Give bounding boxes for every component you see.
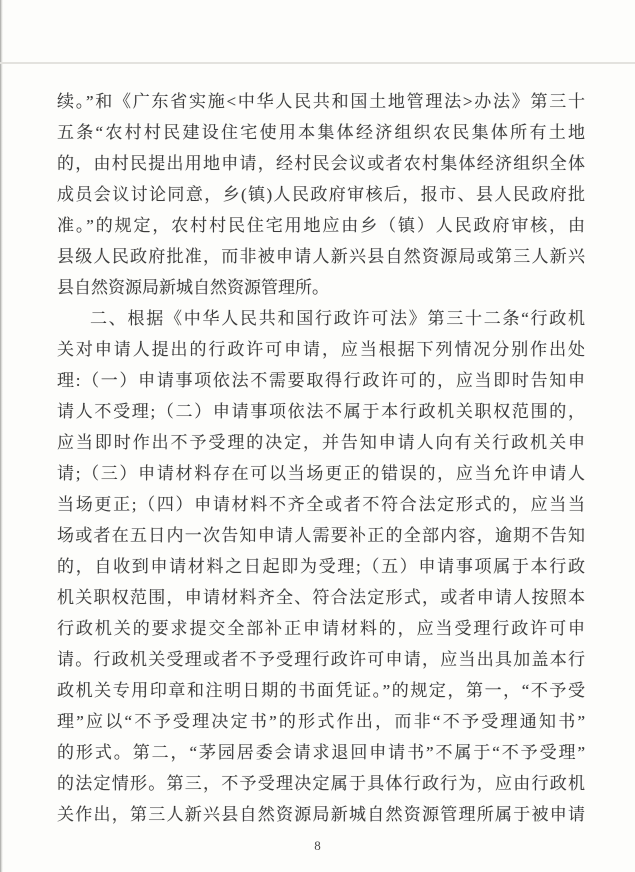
document-body: 续。”和《广东省实施<中华人民共和国土地管理法>办法》第三十五条“农村村民建设住… bbox=[57, 86, 585, 830]
text-line: 准。”的规定，农村村民住宅用地应由乡（镇）人民政府审核，由 bbox=[57, 210, 585, 241]
text-line: 五条“农村村民建设住宅使用本集体经济组织农民集体所有土地 bbox=[57, 117, 585, 148]
text-line: 请人不受理;（二）申请事项依法不属于本行政机关职权范围的， bbox=[57, 396, 585, 427]
text-line: 关对申请人提出的行政许可申请，应当根据下列情况分别作出处 bbox=[57, 334, 585, 365]
text-line: 理”应以“不予受理决定书”的形式作出，而非“不予受理通知书” bbox=[57, 706, 585, 737]
text-line: 的法定情形。第三，不予受理决定属于具体行政行为，应由行政机 bbox=[57, 768, 585, 799]
text-line: 政机关专用印章和注明日期的书面凭证。”的规定，第一，“不予受 bbox=[57, 675, 585, 706]
scan-left-edge-artifact bbox=[0, 0, 3, 872]
text-line: 请;（三）申请材料存在可以当场更正的错误的，应当允许申请人 bbox=[57, 458, 585, 489]
text-line: 场或者在五日内一次告知申请人需要补正的全部内容，逾期不告知 bbox=[57, 520, 585, 551]
text-line: 二、根据《中华人民共和国行政许可法》第三十二条“行政机 bbox=[57, 303, 585, 334]
text-line: 的形式。第二，“茅园居委会请求退回申请书”不属于“不予受理” bbox=[57, 737, 585, 768]
text-line: 县级人民政府批准，而非被申请人新兴县自然资源局或第三人新兴 bbox=[57, 241, 585, 272]
text-line: 当场更正;（四）申请材料不齐全或者不符合法定形式的，应当当 bbox=[57, 489, 585, 520]
document-page: 续。”和《广东省实施<中华人民共和国土地管理法>办法》第三十五条“农村村民建设住… bbox=[0, 0, 635, 872]
text-line: 成员会议讨论同意，乡(镇)人民政府审核后，报市、县人民政府批 bbox=[57, 179, 585, 210]
text-line: 理:（一）申请事项依法不需要取得行政许可的，应当即时告知申 bbox=[57, 365, 585, 396]
text-line: 续。”和《广东省实施<中华人民共和国土地管理法>办法》第三十 bbox=[57, 86, 585, 117]
text-line: 县自然资源局新城自然资源管理所。 bbox=[57, 272, 585, 303]
text-line: 应当即时作出不予受理的决定，并告知申请人向有关行政机关申 bbox=[57, 427, 585, 458]
text-line: 行政机关的要求提交全部补正申请材料的，应当受理行政许可申 bbox=[57, 613, 585, 644]
text-line: 机关职权范围，申请材料齐全、符合法定形式，或者申请人按照本 bbox=[57, 582, 585, 613]
page-number: 8 bbox=[0, 837, 635, 855]
text-line: 的，由村民提出用地申请，经村民会议或者农村集体经济组织全体 bbox=[57, 148, 585, 179]
text-line: 的，自收到申请材料之日起即为受理;（五）申请事项属于本行政 bbox=[57, 551, 585, 582]
scan-horizontal-line-artifact bbox=[0, 62, 635, 64]
text-line: 请。行政机关受理或者不予受理行政许可申请，应当出具加盖本行 bbox=[57, 644, 585, 675]
text-line: 关作出，第三人新兴县自然资源局新城自然资源管理所属于被申请 bbox=[57, 799, 585, 830]
